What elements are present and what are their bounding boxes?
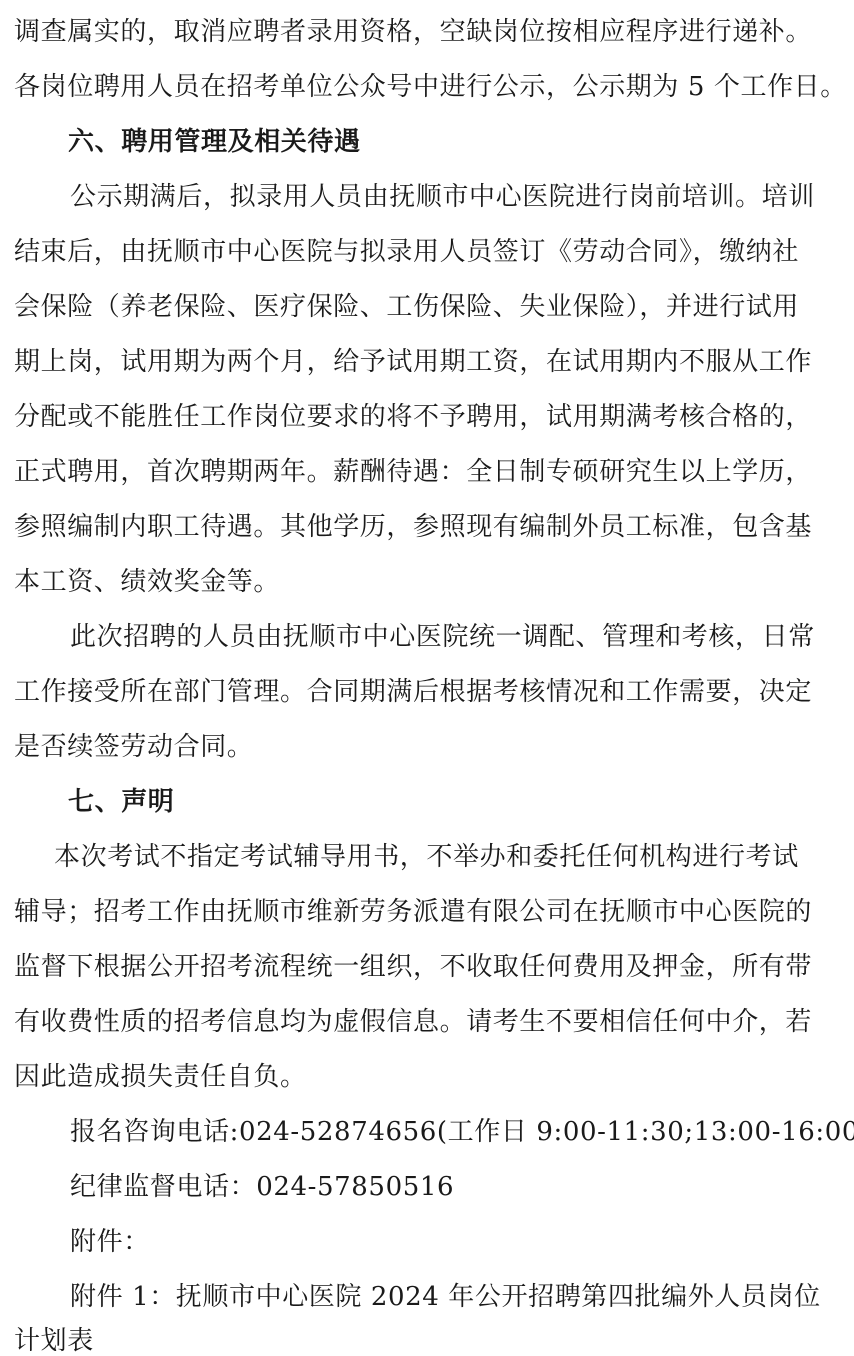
paragraph-line: 期上岗，试用期为两个月，给予试用期工资，在试用期内不服从工作 [14, 347, 844, 377]
paragraph-line: 工作接受所在部门管理。合同期满后根据考核情况和工作需要，决定 [14, 677, 844, 707]
attachments-label: 附件： [70, 1227, 844, 1257]
attachment-1: 附件 1：抚顺市中心医院 2024 年公开招聘第四批编外人员岗位 [70, 1282, 844, 1312]
paragraph-line: 分配或不能胜任工作岗位要求的将不予聘用，试用期满考核合格的， [14, 402, 844, 432]
paragraph-line: 正式聘用，首次聘期两年。薪酬待遇：全日制专硕研究生以上学历， [14, 457, 844, 487]
paragraph-line: 参照编制内职工待遇。其他学历，参照现有编制外员工标准，包含基 [14, 512, 844, 542]
paragraph-line: 是否续签劳动合同。 [14, 732, 844, 762]
paragraph-line: 各岗位聘用人员在招考单位公众号中进行公示，公示期为 5 个工作日。 [14, 72, 844, 102]
attachment-1-continued: 计划表 [14, 1326, 844, 1356]
document-page: 调查属实的，取消应聘者录用资格，空缺岗位按相应程序进行递补。 各岗位聘用人员在招… [0, 0, 854, 1356]
paragraph-line: 调查属实的，取消应聘者录用资格，空缺岗位按相应程序进行递补。 [14, 17, 844, 47]
supervision-phone: 纪律监督电话：024-57850516 [70, 1172, 844, 1202]
paragraph-line: 会保险（养老保险、医疗保险、工伤保险、失业保险），并进行试用 [14, 292, 844, 322]
paragraph-line: 因此造成损失责任自负。 [14, 1062, 844, 1092]
paragraph-line: 结束后，由抚顺市中心医院与拟录用人员签订《劳动合同》，缴纳社 [14, 237, 844, 267]
paragraph-line: 有收费性质的招考信息均为虚假信息。请考生不要相信任何中介，若 [14, 1007, 844, 1037]
section-heading-six: 六、聘用管理及相关待遇 [68, 127, 844, 157]
paragraph-line: 本次考试不指定考试辅导用书，不举办和委托任何机构进行考试 [54, 842, 844, 872]
paragraph-line: 监督下根据公开招考流程统一组织，不收取任何费用及押金，所有带 [14, 952, 844, 982]
paragraph-line: 辅导；招考工作由抚顺市维新劳务派遣有限公司在抚顺市中心医院的 [14, 897, 844, 927]
paragraph-line: 公示期满后，拟录用人员由抚顺市中心医院进行岗前培训。培训 [70, 182, 844, 212]
paragraph-line: 此次招聘的人员由抚顺市中心医院统一调配、管理和考核，日常 [70, 622, 844, 652]
section-heading-seven: 七、声明 [68, 787, 844, 817]
registration-phone: 报名咨询电话:024-52874656(工作日 9:00-11:30;13:00… [70, 1117, 844, 1147]
paragraph-line: 本工资、绩效奖金等。 [14, 567, 844, 597]
